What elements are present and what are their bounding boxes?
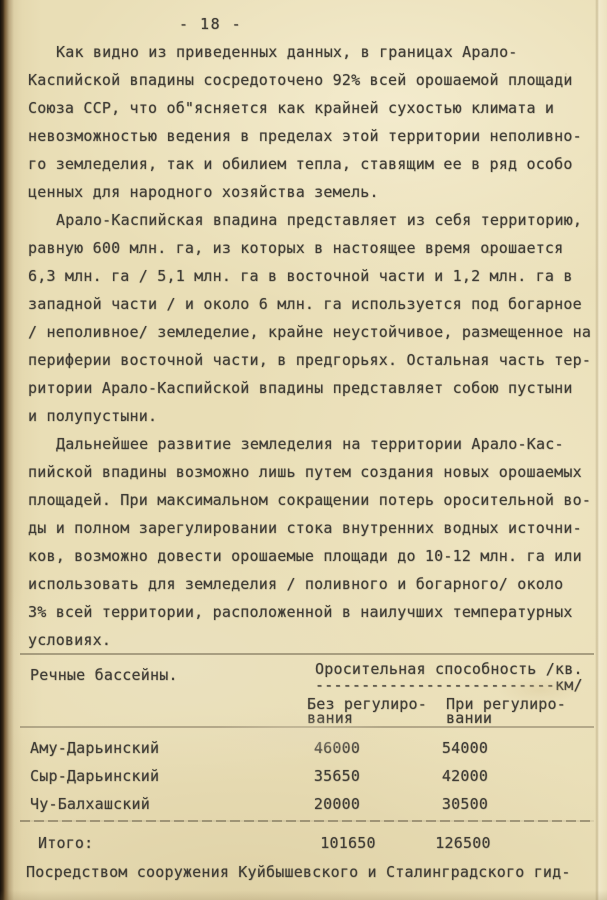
page-number: - 18 - [179, 15, 242, 33]
paragraph-territory-description: Арало-Каспийская впадина представляет из… [28, 206, 607, 430]
value-with-regulation: 30500 [415, 795, 515, 813]
table-subheader-without-regulation: Без регулиро- вания [307, 697, 427, 725]
value-with-regulation: 54000 [415, 739, 515, 757]
value-without-regulation: 35650 [287, 767, 387, 785]
body-text: Как видно из приведенных данных, в грани… [28, 38, 607, 654]
table-total-rule [20, 820, 594, 822]
paragraph-future-development: Дальнейшее развитие земледелия на террит… [28, 430, 607, 654]
value-without-regulation: 20000 [287, 795, 387, 813]
table-header-underline: --------------------------км/ [315, 676, 583, 694]
value-without-regulation: 46000 [287, 739, 387, 757]
table-row: Аму-Дарьинский 46000 54000 [28, 739, 588, 761]
basin-name: Сыр-Дарьинский [30, 767, 159, 785]
total-label: Итого: [38, 834, 93, 852]
table-header-rule [20, 726, 594, 728]
table-subheader-with-regulation: При регулиро- вании [446, 697, 566, 725]
table-top-rule [20, 653, 594, 655]
binding-edge [0, 0, 14, 900]
table-header-river-basins: Речные бассейны. [30, 666, 178, 684]
table-total-row: Итого: 101650 126500 [28, 834, 588, 856]
scanned-document-page: - 18 - Как видно из приведенных данных, … [0, 0, 607, 900]
value-with-regulation: 42000 [415, 767, 515, 785]
closing-line: Посредством сооружения Куйбышевского и С… [26, 863, 571, 881]
total-without-regulation: 101650 [298, 834, 398, 852]
basin-name: Аму-Дарьинский [30, 739, 159, 757]
table-row: Сыр-Дарьинский 35650 42000 [28, 767, 588, 789]
paragraph-irrigated-share: Как видно из приведенных данных, в грани… [28, 38, 607, 206]
total-with-regulation: 126500 [413, 834, 513, 852]
table-row: Чу-Балхашский 20000 30500 [28, 795, 588, 817]
basin-name: Чу-Балхашский [30, 795, 150, 813]
